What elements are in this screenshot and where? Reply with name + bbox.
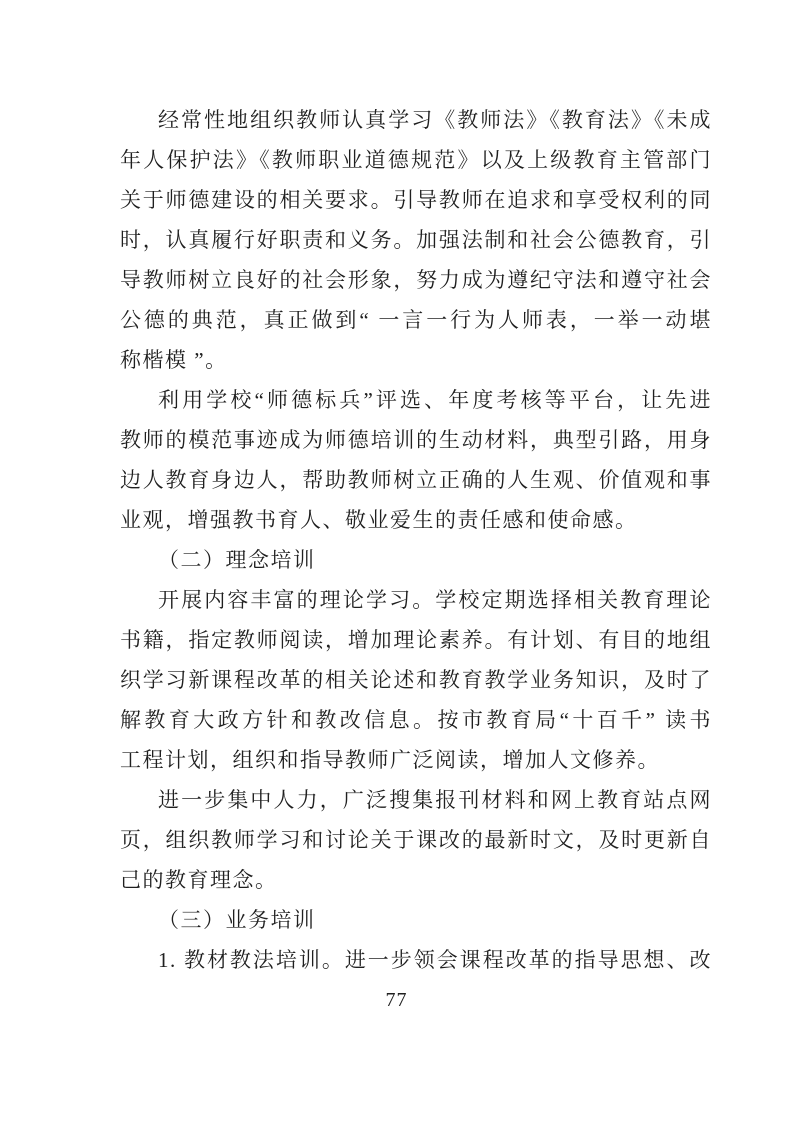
text-line: 进一步集中人力，广泛搜集报刊材料和网上教育站点网	[120, 780, 712, 820]
text-line: 工程计划，组织和指导教师广泛阅读，增加人文修养。	[120, 740, 712, 780]
section-heading: （二）理念培训	[120, 540, 712, 580]
text-line: 公德的典范，真正做到“ 一言一行为人师表，一举一动堪	[120, 300, 712, 340]
text-line: 1. 教材教法培训。进一步领会课程改革的指导思想、改	[120, 940, 712, 980]
text-line: 业观，增强教书育人、敬业爱生的责任感和使命感。	[120, 500, 712, 540]
text-line: 年人保护法》《教师职业道德规范》以及上级教育主管部门	[120, 140, 712, 180]
text-line: 利用学校“师德标兵”评选、年度考核等平台，让先进	[120, 380, 712, 420]
text-line: 页，组织教师学习和讨论关于课改的最新时文，及时更新自	[120, 820, 712, 860]
text-line: 己的教育理念。	[120, 860, 712, 900]
text-line: 时，认真履行好职责和义务。加强法制和社会公德教育，引	[120, 220, 712, 260]
text-line: 经常性地组织教师认真学习《教师法》《教育法》《未成	[120, 100, 712, 140]
text-line: 关于师德建设的相关要求。引导教师在追求和享受权利的同	[120, 180, 712, 220]
page-number: 77	[0, 986, 793, 1014]
text-line: 导教师树立良好的社会形象，努力成为遵纪守法和遵守社会	[120, 260, 712, 300]
text-line: 称楷模 ”。	[120, 340, 712, 380]
text-line: 教师的模范事迹成为师德培训的生动材料，典型引路，用身	[120, 420, 712, 460]
text-line: 书籍，指定教师阅读，增加理论素养。有计划、有目的地组	[120, 620, 712, 660]
text-line: 边人教育身边人，帮助教师树立正确的人生观、价值观和事	[120, 460, 712, 500]
text-line: 开展内容丰富的理论学习。学校定期选择相关教育理论	[120, 580, 712, 620]
page-content: 经常性地组织教师认真学习《教师法》《教育法》《未成年人保护法》《教师职业道德规范…	[120, 100, 712, 980]
text-line: 解教育大政方针和教改信息。按市教育局“十百千” 读书	[120, 700, 712, 740]
section-heading: （三）业务培训	[120, 900, 712, 940]
document-page: 经常性地组织教师认真学习《教师法》《教育法》《未成年人保护法》《教师职业道德规范…	[0, 0, 793, 1122]
text-line: 织学习新课程改革的相关论述和教育教学业务知识，及时了	[120, 660, 712, 700]
